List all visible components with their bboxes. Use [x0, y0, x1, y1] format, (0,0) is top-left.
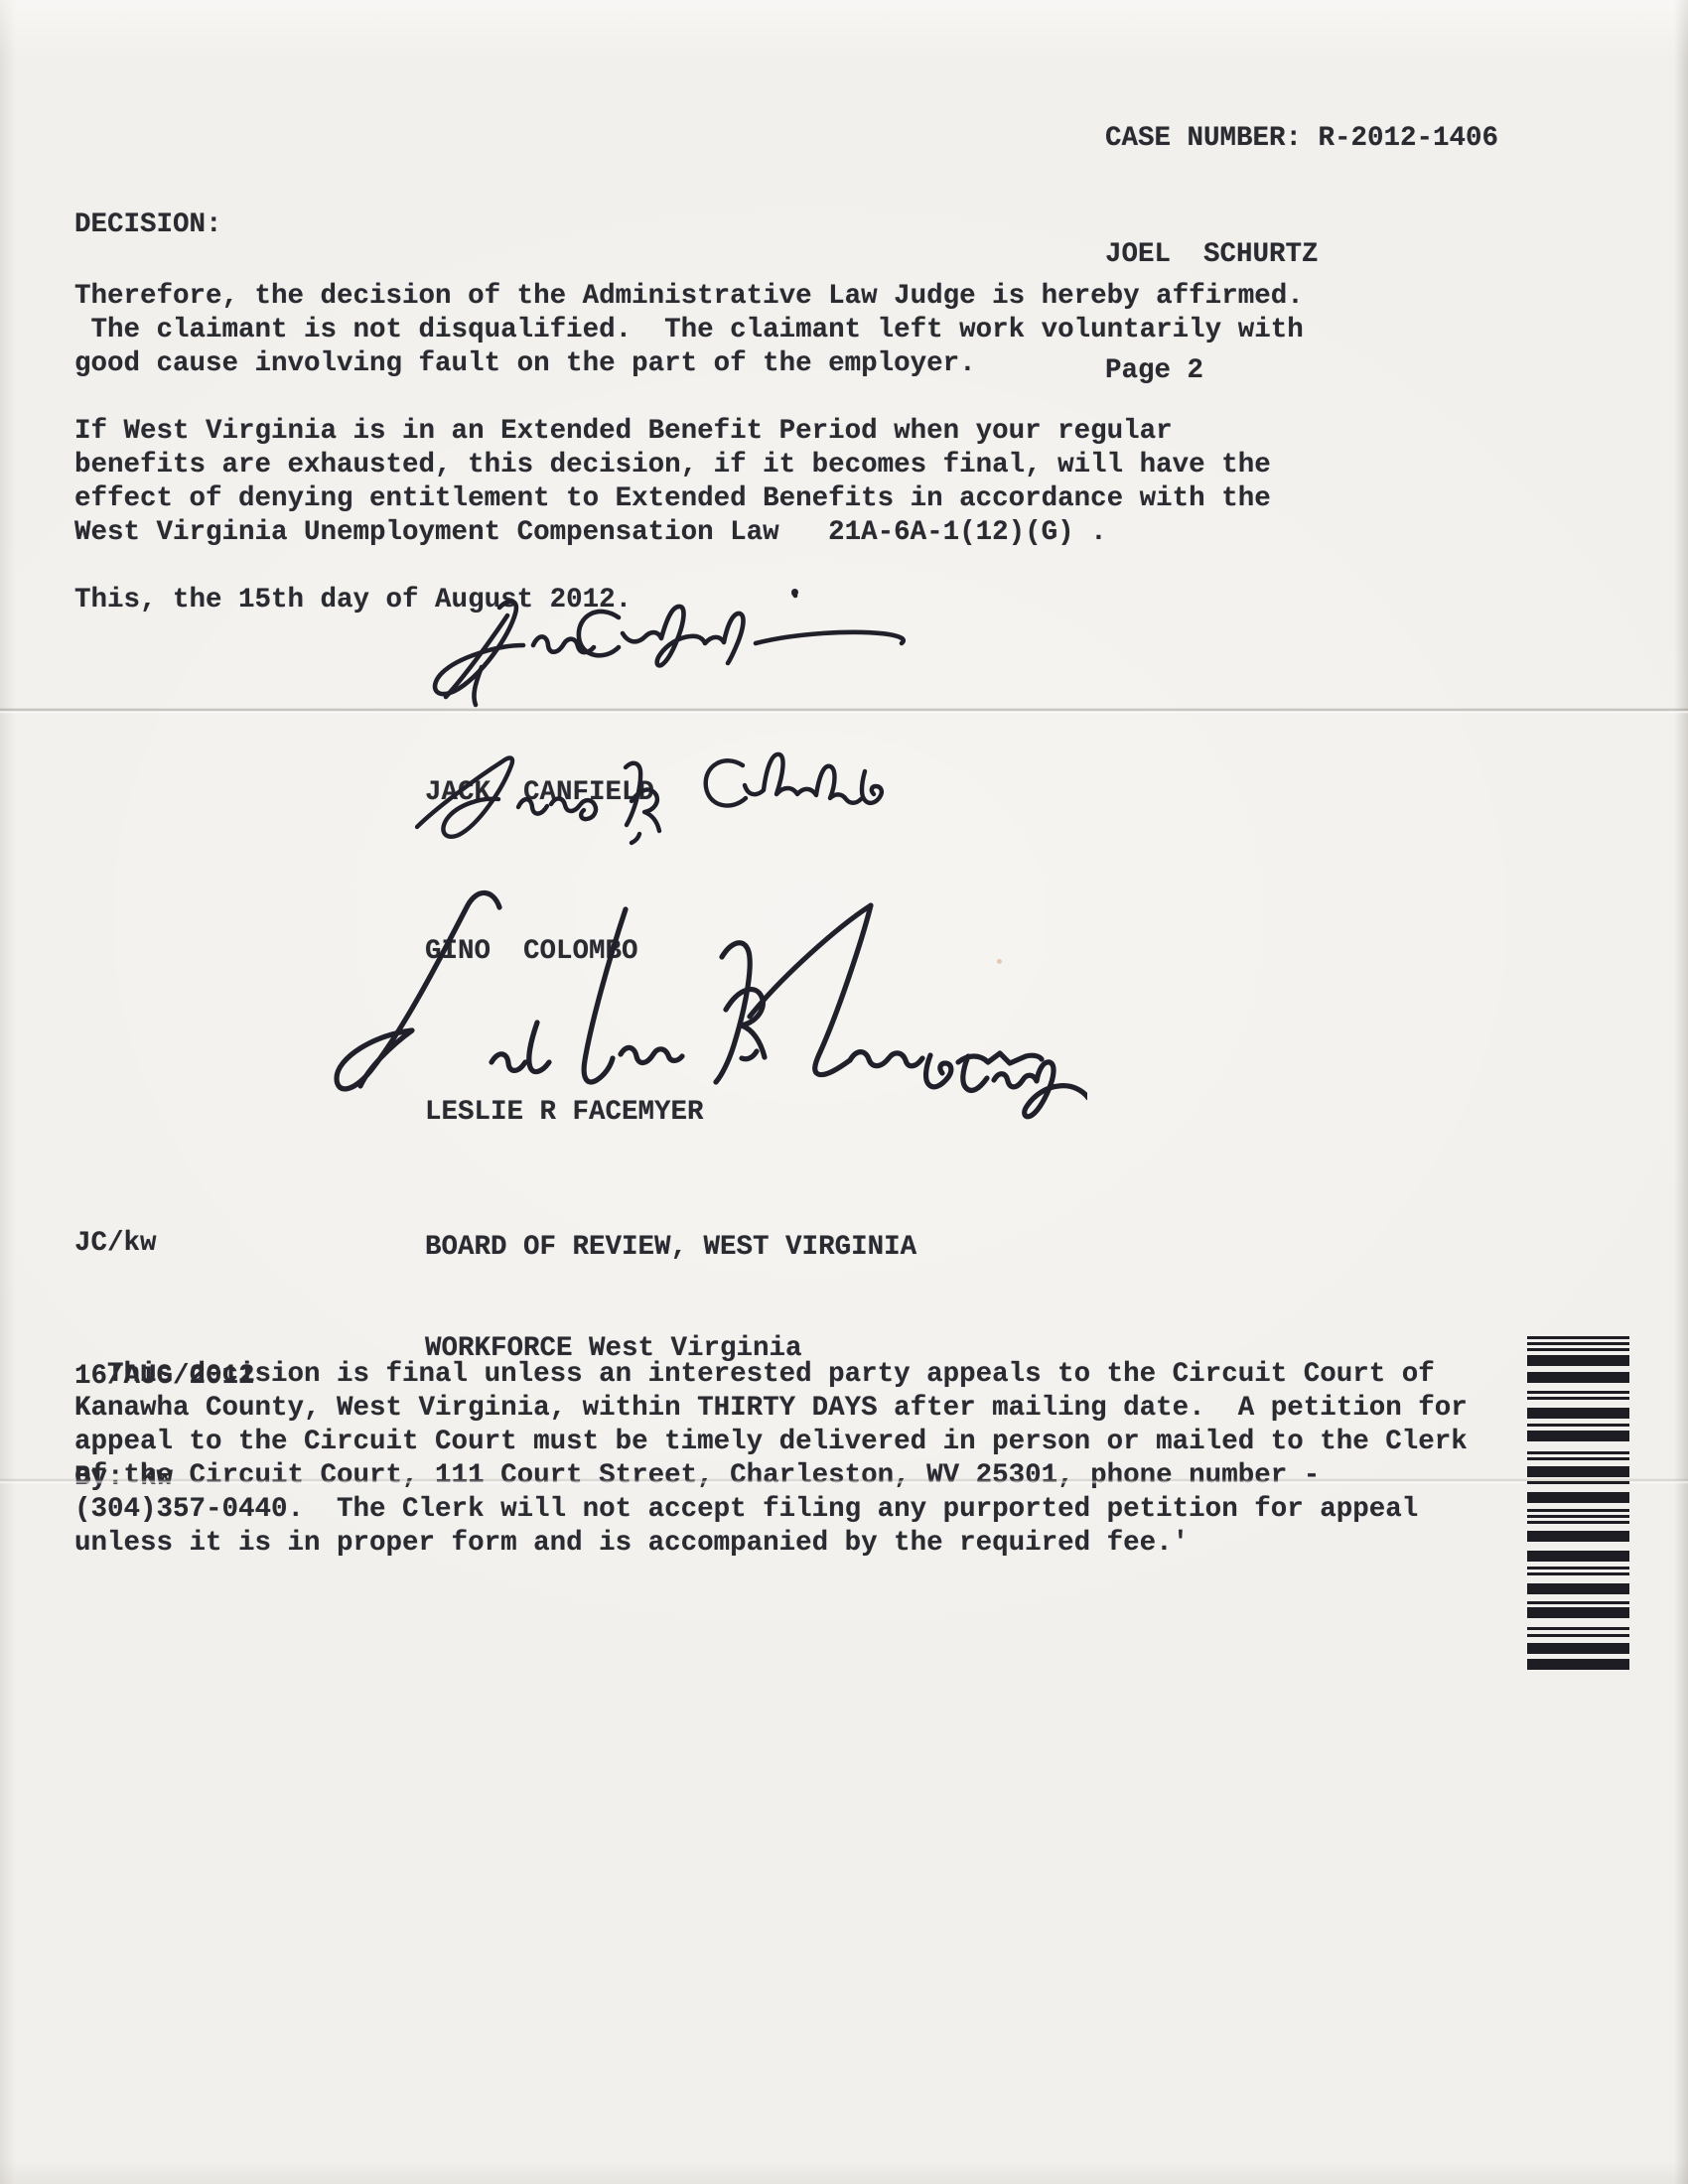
scanned-letter-page: CASE NUMBER: R-2012-1406 JOEL SCHURTZ Pa… — [0, 0, 1688, 2184]
signature-leslie-facemyer-image — [323, 866, 1087, 1134]
claimant-name-line: JOEL SCHURTZ — [1105, 235, 1498, 274]
extended-benefits-paragraph: If West Virginia is in an Extended Benef… — [74, 415, 1271, 550]
typed-name-leslie-facemyer: LESLIE R FACEMYER — [425, 1096, 704, 1130]
case-number-line: CASE NUMBER: R-2012-1406 — [1105, 119, 1498, 158]
barcode — [1527, 1336, 1629, 1670]
appeal-notice-paragraph: This decision is final unless an interes… — [74, 1358, 1468, 1561]
paper-speck — [997, 959, 1002, 964]
board-line-1: BOARD OF REVIEW, WEST VIRGINIA — [425, 1231, 916, 1265]
decision-heading: DECISION: — [74, 208, 222, 242]
preparer-initials: JC/kw — [74, 1227, 157, 1261]
decision-paragraph: Therefore, the decision of the Administr… — [74, 280, 1304, 381]
date-line: This, the 15th day of August 2012. — [74, 584, 632, 617]
typed-name-gino-colombo: GINO COLOMBO — [425, 935, 638, 969]
fold-crease-top — [0, 708, 1688, 714]
ink-dot-mark — [791, 589, 798, 596]
typed-name-jack-canfield: JACK CANFIELD — [425, 776, 654, 810]
header-block: CASE NUMBER: R-2012-1406 JOEL SCHURTZ Pa… — [1105, 42, 1498, 468]
